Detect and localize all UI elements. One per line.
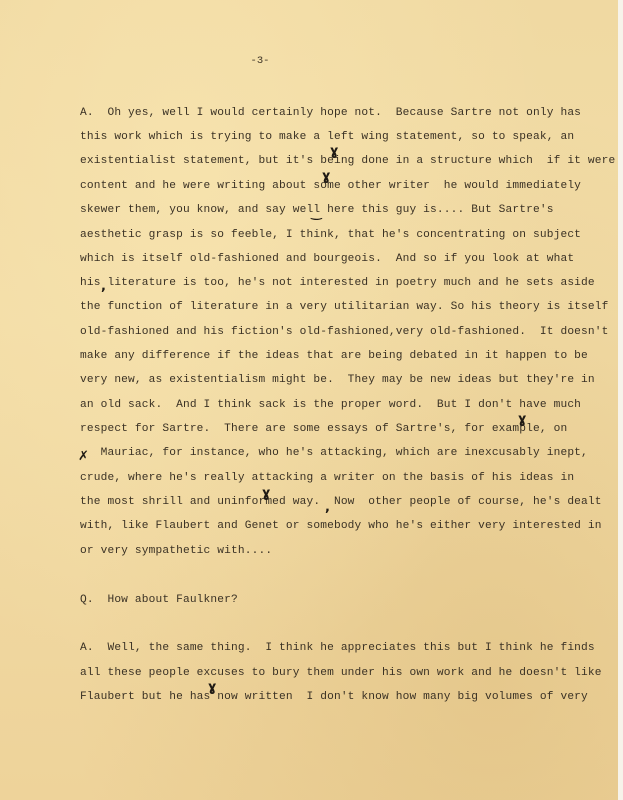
text-line: aesthetic grasp is so feeble, I think, t… <box>80 227 581 243</box>
close-up-mark-is-icon: ‿ <box>311 206 322 221</box>
text-line: content and he were writing about some o… <box>80 178 581 194</box>
text-line: which is itself old-fashioned and bourge… <box>80 251 574 267</box>
text-line: the function of literature in a very uti… <box>80 299 609 315</box>
struck-out-mark-mauriac-icon: ✗ <box>78 449 89 464</box>
insert-comma-mark-is-icon: , <box>101 279 106 294</box>
text-line: A. Oh yes, well I would certainly hope n… <box>80 105 581 121</box>
insert-comma-mark-people-icon: , <box>325 500 330 515</box>
page-edge <box>618 0 623 800</box>
insert-comma-mark-written-icon: ɣ <box>208 680 216 695</box>
text-line: existentialist statement, but it's being… <box>80 153 615 169</box>
insert-comma-mark-on-icon: ɣ <box>518 412 526 427</box>
text-line: A. Well, the same thing. I think he appr… <box>80 640 595 656</box>
text-line: an old sack. And I think sack is the pro… <box>80 397 581 413</box>
text-line: respect for Sartre. There are some essay… <box>80 421 567 437</box>
insert-comma-mark-writer-icon: ɣ <box>322 169 330 184</box>
text-line: his literature is too, he's not interest… <box>80 275 595 291</box>
insert-comma-mark-now-icon: ɣ <box>262 486 270 501</box>
text-line: crude, where he's really attacking a wri… <box>80 470 574 486</box>
text-line: Mauriac, for instance, who he's attackin… <box>80 445 588 461</box>
text-line: Flaubert but he has now written I don't … <box>80 689 588 705</box>
text-line: all these people excuses to bury them un… <box>80 665 602 681</box>
text-line: or very sympathetic with.... <box>80 543 272 559</box>
text-line: old-fashioned and his fiction's old-fash… <box>80 324 609 340</box>
insert-comma-mark-which-icon: ɣ <box>330 144 338 159</box>
text-line: Q. How about Faulkner? <box>80 592 238 608</box>
text-line: the most shrill and uninformed way. Now … <box>80 494 602 510</box>
text-line: this work which is trying to make a left… <box>80 129 574 145</box>
text-line: make any difference if the ideas that ar… <box>80 348 588 364</box>
text-line: very new, as existentialism might be. Th… <box>80 372 595 388</box>
page-number: -3- <box>245 55 275 67</box>
text-line: with, like Flaubert and Genet or somebod… <box>80 518 602 534</box>
